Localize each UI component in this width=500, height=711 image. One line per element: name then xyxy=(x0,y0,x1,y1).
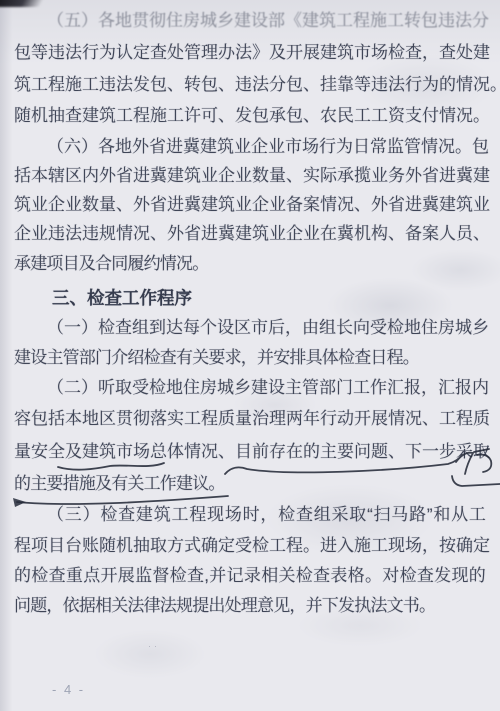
text-line: 企业违法违规情况、外省进冀建筑业企业在冀机构、备案人员、 xyxy=(14,222,486,246)
text-line: 建设主管部门介绍检查有关要求，并安排具体检查日程。 xyxy=(14,346,486,370)
underline-annotation-1 xyxy=(58,463,164,470)
text-line: （五）各地贯彻住房城乡建设部《建筑工程施工转包违法分 xyxy=(14,9,486,33)
text-line: 程项目台账随机抽取方式确定受检工程。进入施工现场，按确定 xyxy=(14,534,486,558)
text-line: 包等违法行为认定查处管理办法》及开展建筑市场检查，查处建 xyxy=(14,41,486,65)
text-line: 的检查重点开展监督检查,并记录相关检查表格。对检查发现的 xyxy=(14,564,486,588)
page-number: - 4 - xyxy=(52,682,85,697)
text-line: 量安全及建筑市场总体情况、目前存在的主要问题、下一步采取 xyxy=(14,440,486,464)
text-line: 括本辖区内外省进冀建筑业企业数量、实际承揽业务外省进冀建 xyxy=(14,164,486,188)
text-line: 随机抽查建筑工程施工许可、发包承包、农民工工资支付情况。 xyxy=(14,104,486,128)
scan-speck: ·· xyxy=(148,641,160,651)
text-line: 问题，依据相关法律法规提出处理意见，并下发执法文书。 xyxy=(14,594,486,618)
text-line: 的主要措施及有关工作建议。 xyxy=(14,472,486,496)
text-line: 筑业企业数量、外省进冀建筑业企业备案情况、外省进冀建筑业 xyxy=(14,193,486,217)
section-heading: 三、检查工作程序 xyxy=(52,286,500,310)
text-line: 筑工程施工违法发包、转包、违法分包、挂靠等违法行为的情况。 xyxy=(14,73,486,97)
text-line: （一）检查组到达每个设区市后，由组长向受检地住房城乡 xyxy=(14,316,486,340)
document-page: （五）各地贯彻住房城乡建设部《建筑工程施工转包违法分 包等违法行为认定查处管理办… xyxy=(0,0,500,711)
text-line: 承建项目及合同履约情况。 xyxy=(14,252,486,276)
text-line: （三）检查建筑工程现场时，检查组采取“扫马路”和从工 xyxy=(14,503,486,527)
text-line: 容包括本地区贯彻落实工程质量治理两年行动开展情况、工程质 xyxy=(14,407,486,431)
scan-artifact-corner xyxy=(0,0,48,7)
text-line: （二）听取受检地住房城乡建设主管部门工作汇报，汇报内 xyxy=(14,376,486,400)
text-line: （六）各地外省进冀建筑业企业市场行为日常监管情况。包 xyxy=(14,135,486,159)
